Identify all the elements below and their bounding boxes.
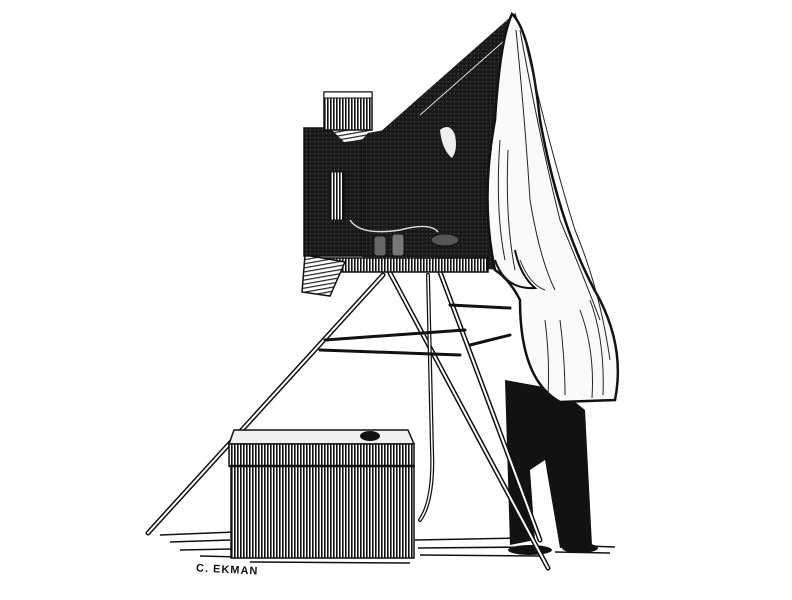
camera-table [302,255,488,296]
storage-box [229,430,414,558]
engraving-illustration [0,0,792,600]
dark-cloth-drape [488,14,618,402]
photographer-legs [505,380,598,555]
